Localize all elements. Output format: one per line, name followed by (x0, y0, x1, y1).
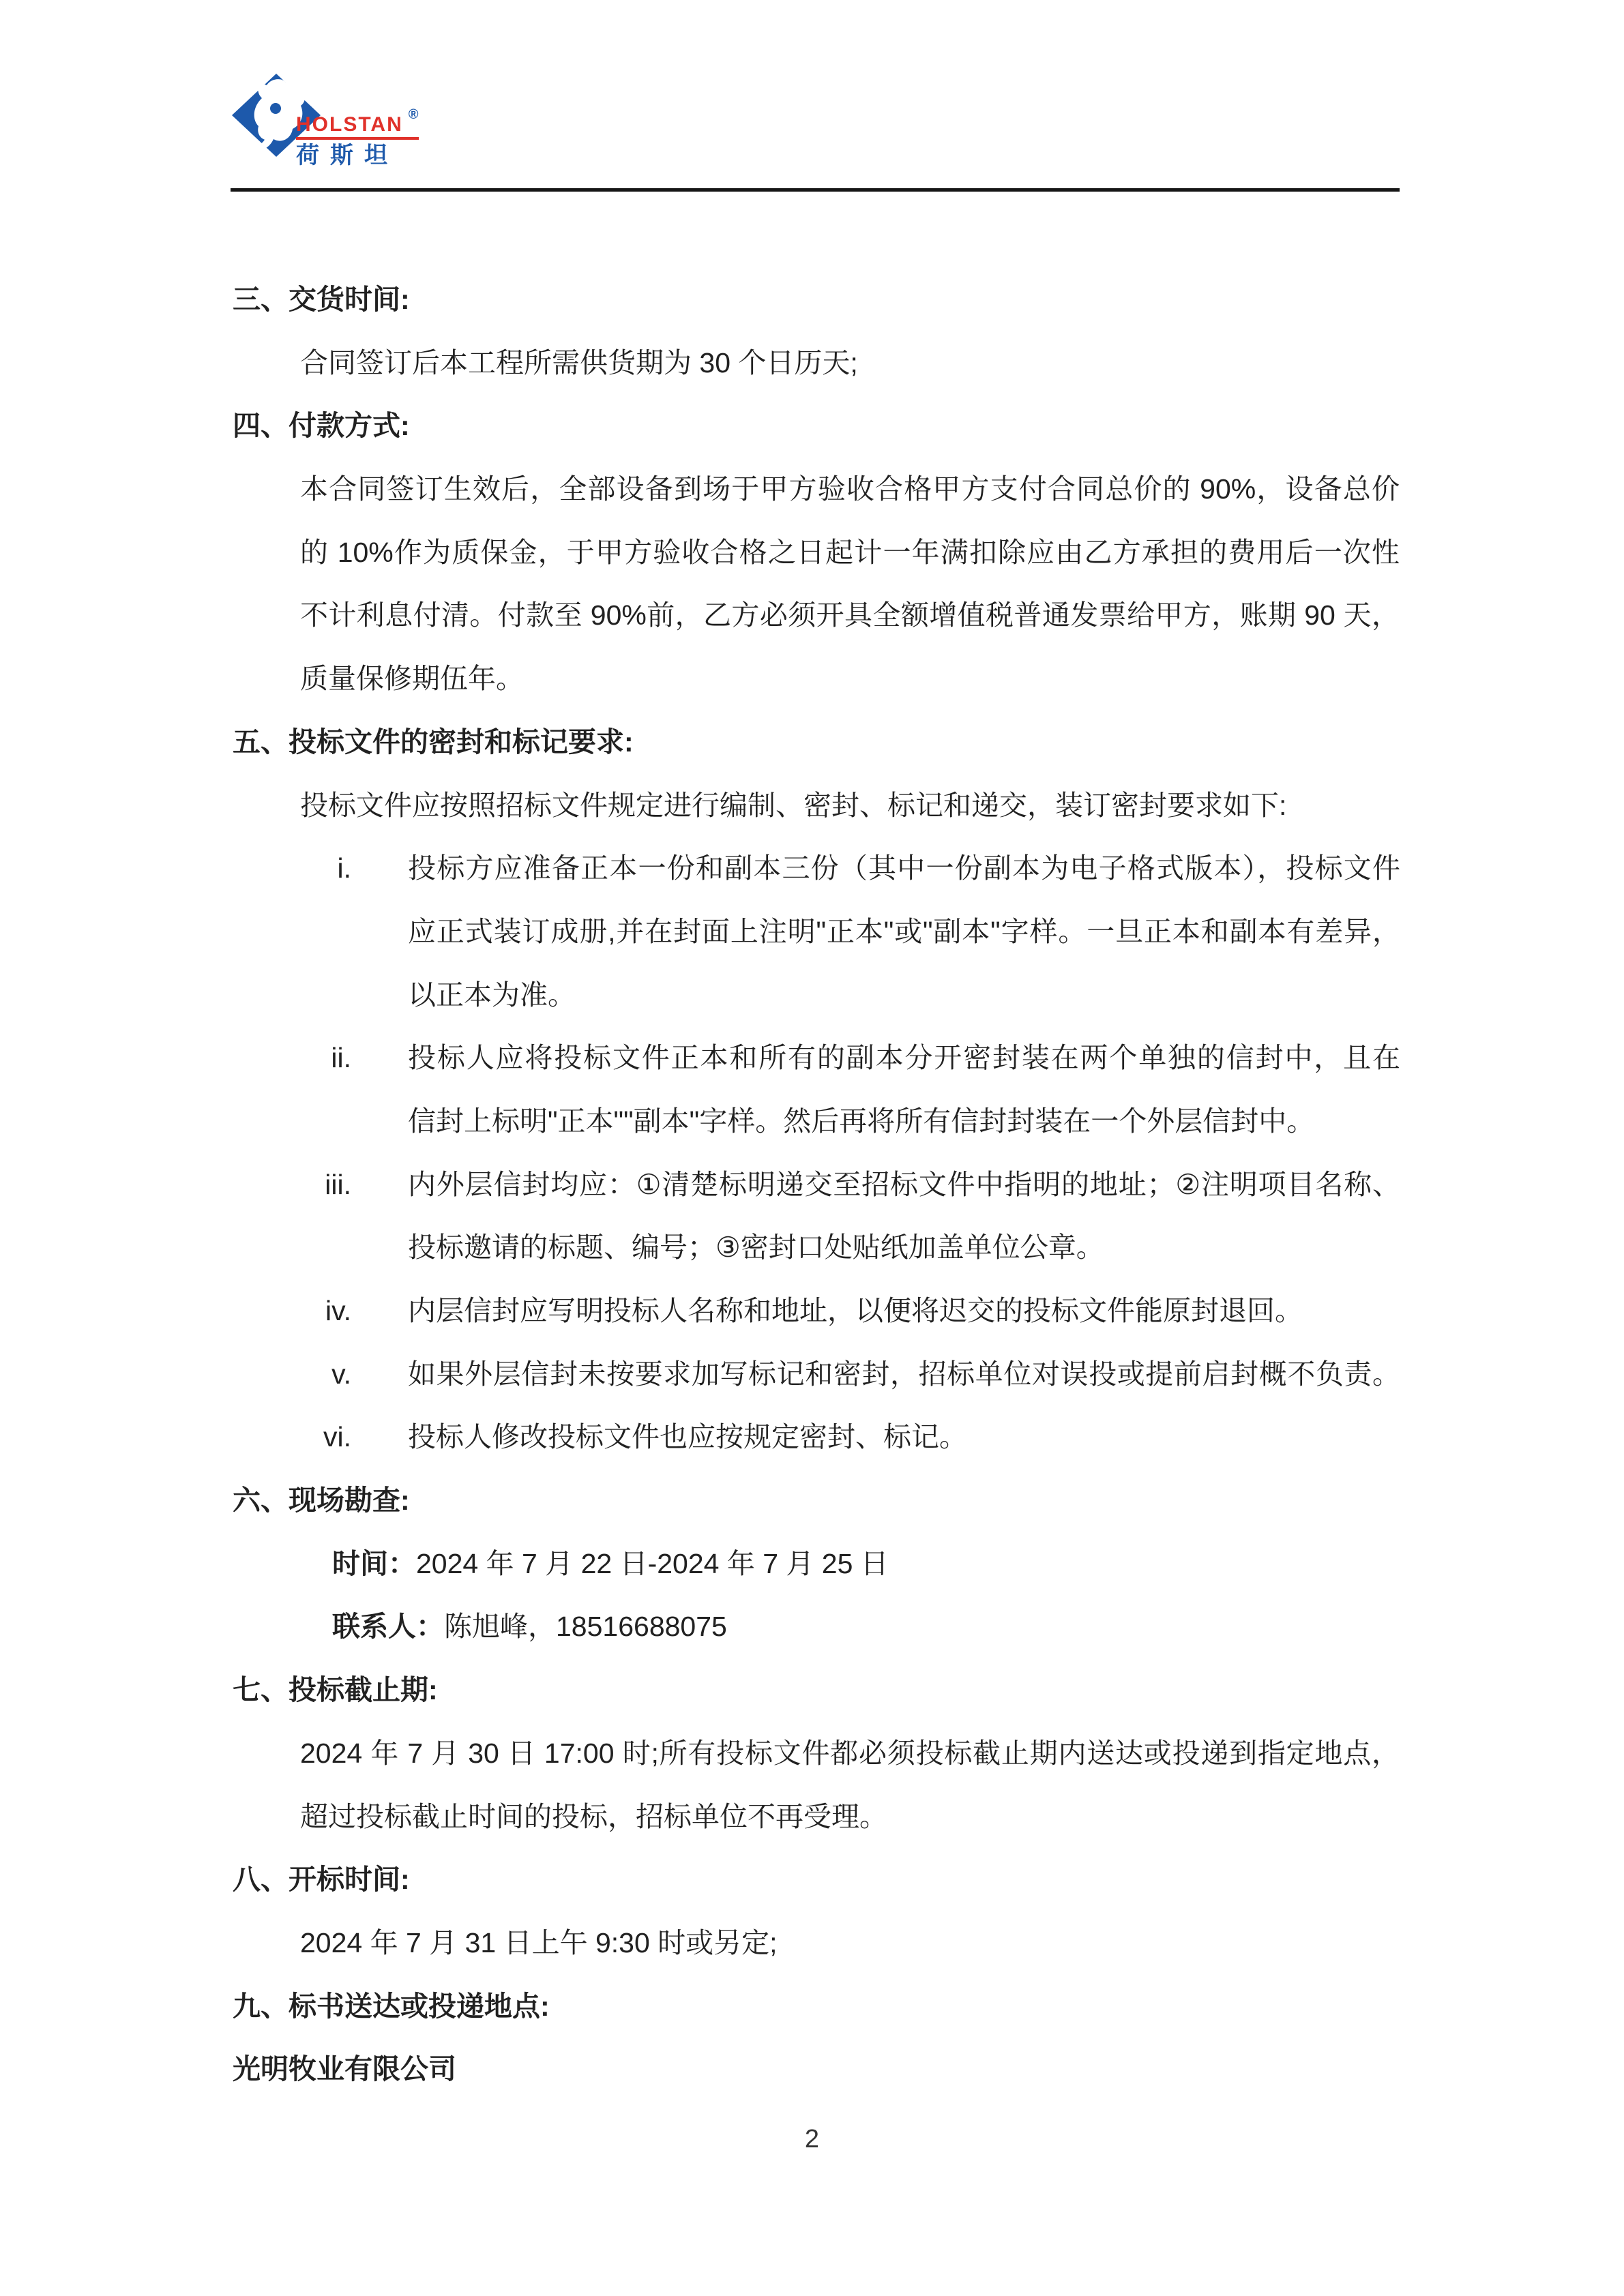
header-rule (231, 188, 1400, 192)
paragraph-line: 超过投标截止时间的投标，招标单位不再受理。 (300, 1785, 1400, 1849)
paragraph-line: 2024 年 7 月 30 日 17:00 时;所有投标文件都必须投标截止期内送… (300, 1722, 1400, 1785)
registered-trademark-icon: ® (409, 107, 419, 122)
paragraph-line: 质量保修期伍年。 (300, 647, 1400, 711)
contact-row: 联系人：陈旭峰，18516688075 (332, 1595, 1400, 1658)
brand-name: HOLSTAN (296, 113, 403, 136)
list-item-ii: ii. 投标人应将投标文件正本和所有的副本分开密封装在两个单独的信封中，且在 (232, 1026, 1402, 1090)
paragraph-line: 的 10%作为质保金，于甲方验收合格之日起计一年满扣除应由乙方承担的费用后一次性 (300, 521, 1400, 584)
list-marker: iii. (290, 1153, 351, 1217)
paragraph-line: 投标文件应按照招标文件规定进行编制、密封、标记和递交，装订密封要求如下: (300, 774, 1400, 837)
list-item-v: v. 如果外层信封未按要求加写标记和密封，招标单位对误投或提前启封概不负责。 (232, 1343, 1402, 1406)
list-marker: v. (290, 1343, 351, 1406)
list-text: 以正本为准。 (408, 964, 1400, 1027)
list-item-iii: iii. 内外层信封均应：①清楚标明递交至招标文件中指明的地址；②注明项目名称、 (232, 1153, 1402, 1217)
list-text: 投标方应准备正本一份和副本三份（其中一份副本为电子格式版本），投标文件 (408, 837, 1400, 900)
list-text: 信封上标明"正本""副本"字样。然后再将所有信封封装在一个外层信封中。 (408, 1090, 1400, 1153)
list-text: 应正式装订成册,并在封面上注明"正本"或"副本"字样。一旦正本和副本有差异， (408, 900, 1400, 964)
section-heading-sealing: 五、投标文件的密封和标记要求: (233, 711, 1400, 774)
section-heading-delivery-address: 九、标书送达或投递地点: (233, 1975, 1400, 2038)
paragraph-line: 本合同签订生效后，全部设备到场于甲方验收合格甲方支付合同总价的 90%，设备总价 (300, 458, 1400, 521)
paragraph-line: 合同签订后本工程所需供货期为 30 个日历天; (300, 331, 1400, 395)
survey-time-value: 2024 年 7 月 22 日-2024 年 7 月 25 日 (416, 1548, 889, 1579)
section-heading-delivery-time: 三、交货时间: (233, 268, 1400, 331)
document-page: HOLSTAN® 荷斯坦 三、交货时间: 合同签订后本工程所需供货期为 30 个… (0, 0, 1624, 2296)
list-item-iv: iv. 内层信封应写明投标人名称和地址，以便将迟交的投标文件能原封退回。 (232, 1279, 1402, 1343)
list-text: 投标人应将投标文件正本和所有的副本分开密封装在两个单独的信封中，且在 (408, 1026, 1400, 1090)
list-text: 内外层信封均应：①清楚标明递交至招标文件中指明的地址；②注明项目名称、 (408, 1153, 1400, 1217)
document-body: 三、交货时间: 合同签订后本工程所需供货期为 30 个日历天; 四、付款方式: … (0, 268, 1624, 2101)
contact-value: 陈旭峰，18516688075 (444, 1611, 727, 1642)
list-marker: ii. (290, 1026, 351, 1090)
survey-time-label: 时间： (332, 1548, 416, 1579)
list-item-i-cont: 应正式装订成册,并在封面上注明"正本"或"副本"字样。一旦正本和副本有差异， (232, 900, 1402, 964)
list-marker: i. (290, 837, 351, 900)
section-heading-bid-opening: 八、开标时间: (233, 1848, 1400, 1911)
section-heading-deadline: 七、投标截止期: (233, 1658, 1400, 1722)
list-marker: iv. (290, 1279, 351, 1343)
list-text: 投标邀请的标题、编号；③密封口处贴纸加盖单位公章。 (408, 1216, 1400, 1279)
list-item-i: i. 投标方应准备正本一份和副本三份（其中一份副本为电子格式版本），投标文件 (232, 837, 1402, 900)
company-name: 光明牧业有限公司 (233, 2038, 1400, 2101)
paragraph-line: 不计利息付清。付款至 90%前，乙方必须开具全额增值税普通发票给甲方，账期 90… (300, 584, 1400, 647)
brand-name-chinese: 荷斯坦 (296, 144, 419, 167)
contact-label: 联系人： (332, 1611, 444, 1642)
section-heading-site-survey: 六、现场勘查: (233, 1469, 1400, 1532)
survey-time-row: 时间：2024 年 7 月 22 日-2024 年 7 月 25 日 (332, 1532, 1400, 1596)
list-text: 内层信封应写明投标人名称和地址，以便将迟交的投标文件能原封退回。 (408, 1279, 1400, 1343)
section-heading-payment: 四、付款方式: (233, 394, 1400, 458)
list-item-ii-cont: 信封上标明"正本""副本"字样。然后再将所有信封封装在一个外层信封中。 (232, 1090, 1402, 1153)
logo-text: HOLSTAN® 荷斯坦 (296, 108, 419, 167)
paragraph-line: 2024 年 7 月 31 日上午 9:30 时或另定; (300, 1911, 1400, 1975)
list-item-vi: vi. 投标人修改投标文件也应按规定密封、标记。 (232, 1405, 1402, 1469)
page-number: 2 (805, 2125, 819, 2153)
page-footer: 2 (0, 2115, 1624, 2163)
list-text: 投标人修改投标文件也应按规定密封、标记。 (408, 1405, 1400, 1469)
list-item-iii-cont: 投标邀请的标题、编号；③密封口处贴纸加盖单位公章。 (232, 1216, 1402, 1279)
list-item-i-cont: 以正本为准。 (232, 964, 1402, 1027)
brand-row: HOLSTAN® (296, 108, 419, 140)
list-text: 如果外层信封未按要求加写标记和密封，招标单位对误投或提前启封概不负责。 (408, 1343, 1400, 1406)
list-marker: vi. (290, 1405, 351, 1469)
holstan-logo: HOLSTAN® 荷斯坦 (231, 72, 626, 181)
